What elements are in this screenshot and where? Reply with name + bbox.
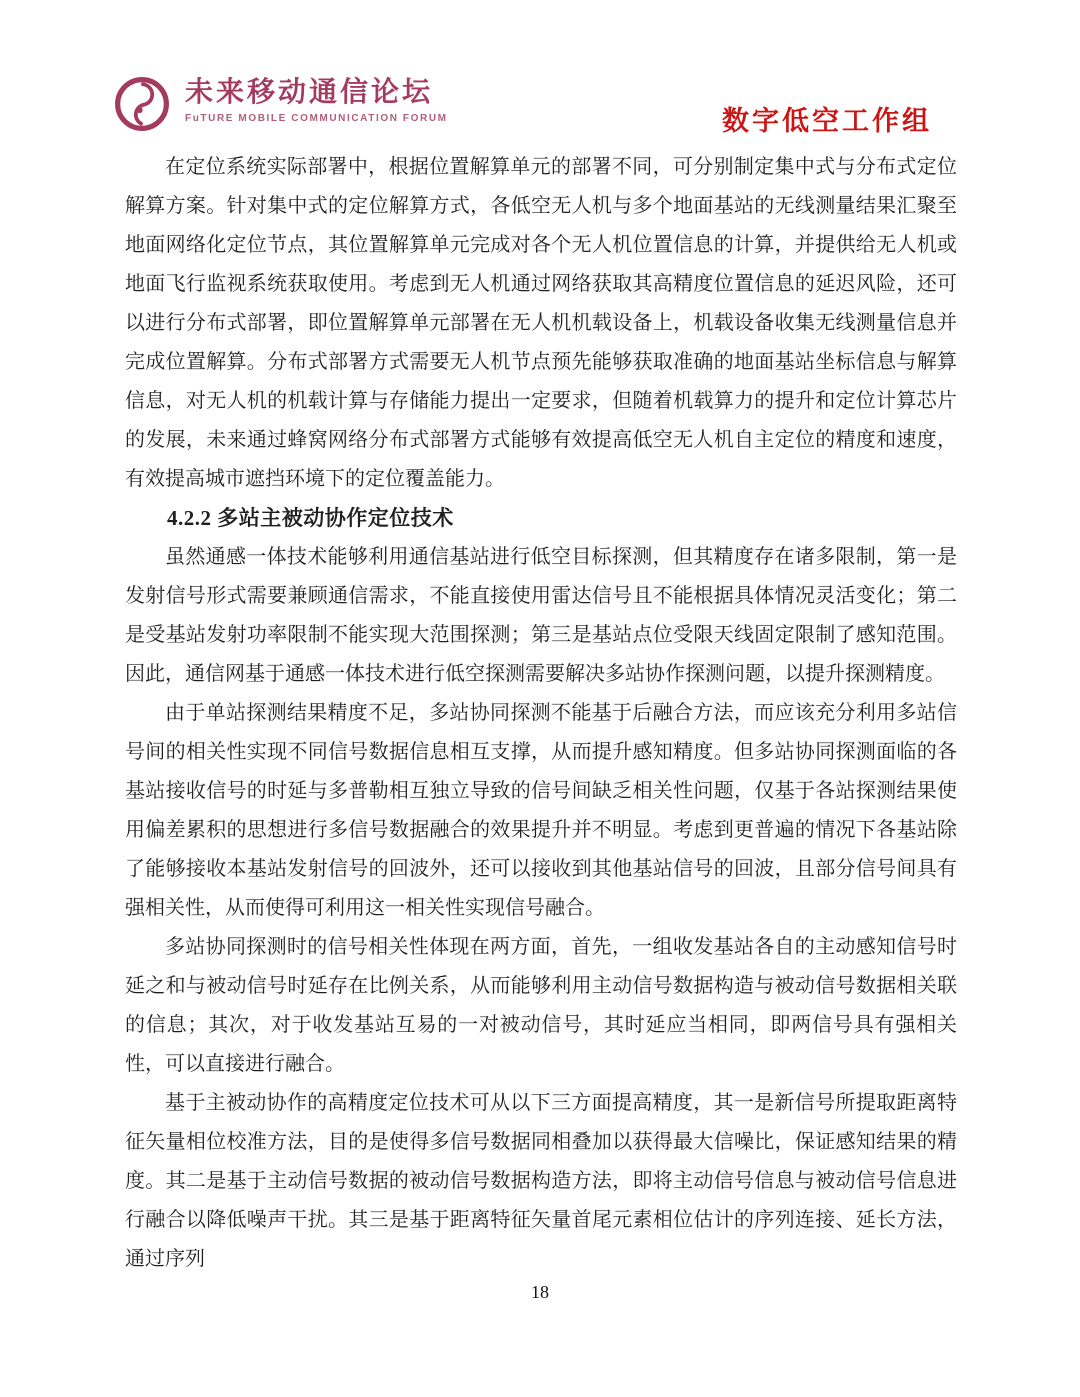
body-paragraph-3: 由于单站探测结果精度不足，多站协同探测不能基于后融合方法，而应该充分利用多站信号…: [125, 694, 957, 928]
body-paragraph-2: 虽然通感一体技术能够利用通信基站进行低空目标探测，但其精度存在诸多限制，第一是发…: [125, 538, 957, 694]
forum-logo-text: 未来移动通信论坛 FuTURE MOBILE COMMUNICATION FOR…: [185, 74, 448, 124]
forum-swirl-logo-icon: [112, 74, 172, 134]
section-heading: 4.2.2 多站主被动协作定位技术: [125, 499, 957, 538]
document-body: 在定位系统实际部署中，根据位置解算单元的部署不同，可分别制定集中式与分布式定位解…: [125, 148, 957, 1279]
forum-logo-subtitle: FuTURE MOBILE COMMUNICATION FORUM: [185, 113, 448, 124]
body-paragraph-5: 基于主被动协作的高精度定位技术可从以下三方面提高精度，其一是新信号所提取距离特征…: [125, 1084, 957, 1279]
working-group-label: 数字低空工作组: [722, 99, 932, 138]
forum-logo: 未来移动通信论坛 FuTURE MOBILE COMMUNICATION FOR…: [112, 74, 448, 134]
page-number: 18: [0, 1282, 1080, 1303]
document-page: 未来移动通信论坛 FuTURE MOBILE COMMUNICATION FOR…: [0, 0, 1080, 1397]
forum-logo-title: 未来移动通信论坛: [185, 78, 448, 109]
body-paragraph-1: 在定位系统实际部署中，根据位置解算单元的部署不同，可分别制定集中式与分布式定位解…: [125, 148, 957, 499]
body-paragraph-4: 多站协同探测时的信号相关性体现在两方面，首先，一组收发基站各自的主动感知信号时延…: [125, 928, 957, 1084]
